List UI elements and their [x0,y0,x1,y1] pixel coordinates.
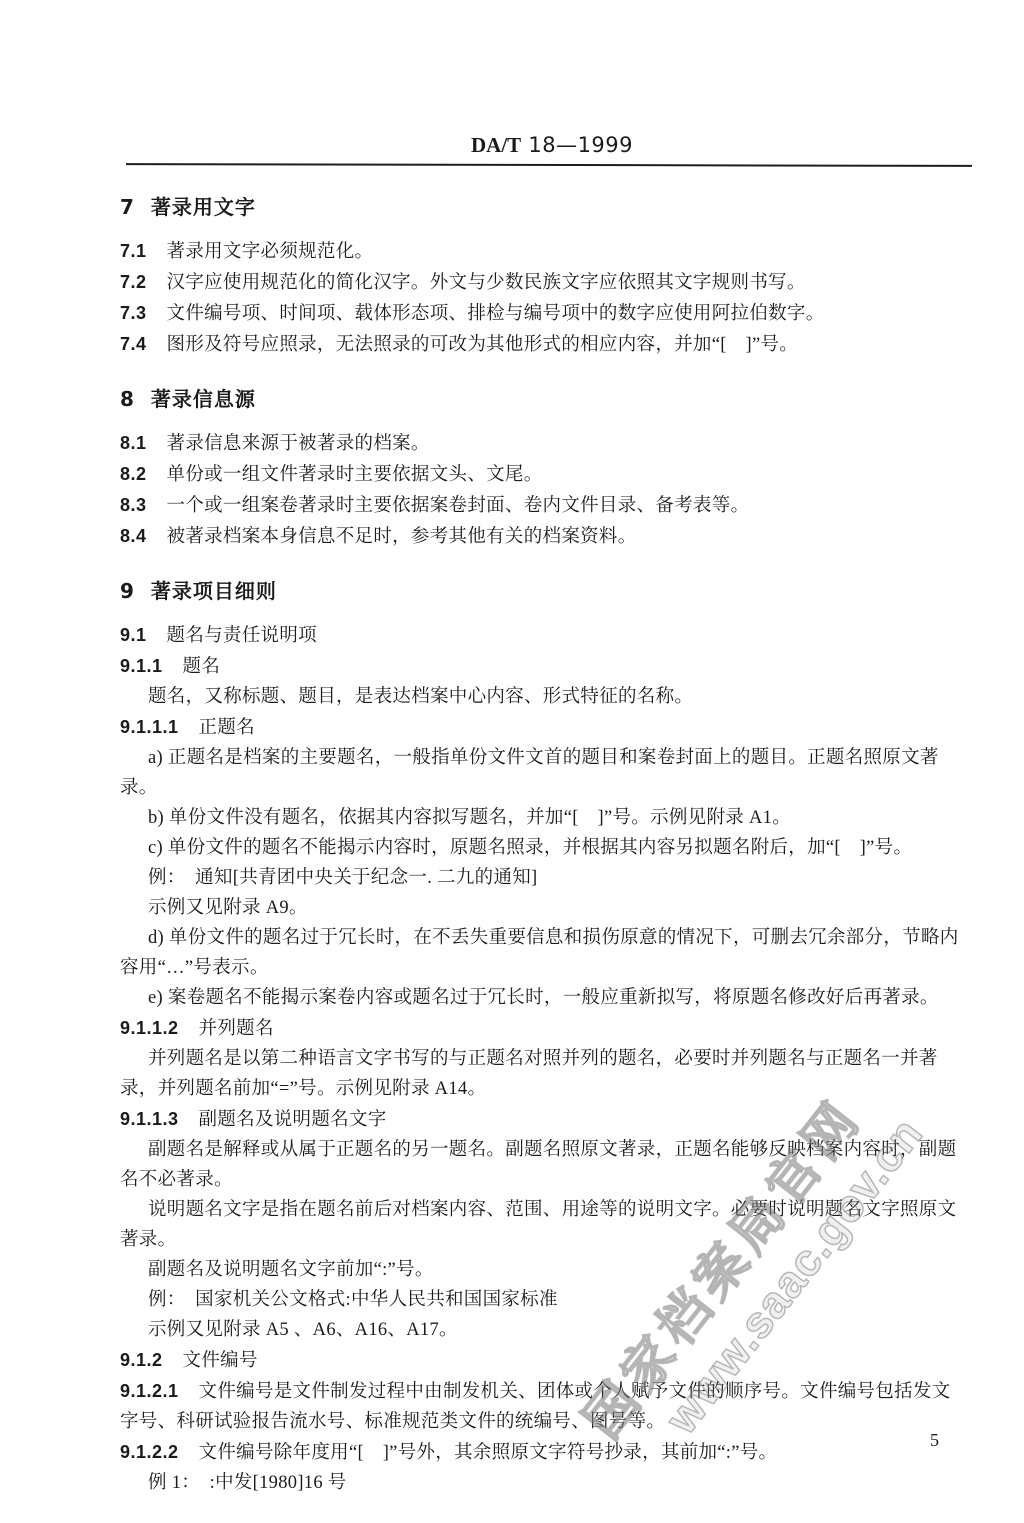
text-line: e) 案卷题名不能揭示案卷内容或题名过于冗长时，一般应重新拟写，将原题名修改好后… [120,983,960,1013]
line-text: 文件编号 [183,1351,258,1371]
clause-number: 8.1 [120,433,147,453]
document-page: DA/T 18—1999 7著录用文字7.1著录用文字必须规范化。7.2汉字应使… [0,0,1024,1523]
line-text: 字号、科研试验报告流水号、标准规范类文件的统编号、图号等。 [120,1412,665,1432]
clause-line: 9.1.1题名 [120,651,960,682]
section-heading: 8著录信息源 [120,384,960,414]
clause-number: 9.1.2.2 [120,1442,179,1462]
clause-line: 7.1著录用文字必须规范化。 [120,236,960,267]
text-line: 副题名是解释或从属于正题名的另一题名。副题名照原文著录，正题名能够反映档案内容时… [120,1135,960,1165]
line-text: 著录用文字 [151,195,256,219]
line-text: 著录。 [120,1230,176,1250]
page-number: 5 [930,1430,939,1451]
line-text: 录，并列题名前加“=”号。示例见附录 A14。 [120,1079,486,1099]
text-line: 说明题名文字是指在题名前后对档案内容、范围、用途等的说明文字。必要时说明题名文字… [120,1195,960,1225]
clause-line: 9.1.2.2文件编号除年度用“[ ]”号外，其余照原文字符号抄录，其前加“:”… [120,1437,960,1468]
line-text: 著录用文字必须规范化。 [167,242,374,262]
text-line: b) 单份文件没有题名，依据其内容拟写题名，并加“[ ]”号。示例见附录 A1。 [120,803,960,833]
line-text: 汉字应使用规范化的简化汉字。外文与少数民族文字应依照其文字规则书写。 [167,273,806,293]
clause-number: 9.1.1.2 [120,1018,179,1038]
clause-number: 8 [120,387,135,411]
text-line: 题名，又称标题、题目，是表达档案中心内容、形式特征的名称。 [120,682,960,712]
text-line: 例： 国家机关公文格式:中华人民共和国国家标准 [120,1285,960,1315]
line-text: 并列题名 [199,1019,274,1039]
clause-line: 9.1.2.1文件编号是文件制发过程中由制发机关、团体或个人赋予文件的顺序号。文… [120,1376,960,1407]
clause-number: 8.3 [120,495,147,515]
line-text: e) 案卷题名不能揭示案卷内容或题名过于冗长时，一般应重新拟写，将原题名修改好后… [148,988,939,1008]
clause-line: 9.1题名与责任说明项 [120,620,960,651]
line-text: 一个或一组案卷著录时主要依据案卷封面、卷内文件目录、备考表等。 [167,496,750,516]
clause-number: 9 [120,579,135,603]
line-text: 著录信息来源于被著录的档案。 [167,434,430,454]
clause-line: 8.1著录信息来源于被著录的档案。 [120,428,960,459]
header-rule [126,163,972,167]
line-text: 单份或一组文件著录时主要依据文头、文尾。 [167,465,543,485]
line-text: 说明题名文字是指在题名前后对档案内容、范围、用途等的说明文字。必要时说明题名文字… [148,1200,956,1220]
clause-number: 7.2 [120,272,147,292]
text-line: 示例又见附录 A5 、A6、A16、A17。 [120,1315,960,1345]
line-text: 著录项目细则 [151,579,277,603]
clause-number: 9.1.2 [120,1350,163,1370]
clause-number: 7 [120,195,135,219]
line-text: 文件编号是文件制发过程中由制发机关、团体或个人赋予文件的顺序号。文件编号包括发文 [199,1382,951,1402]
text-line: 并列题名是以第二种语言文字书写的与正题名对照并列的题名，必要时并列题名与正题名一… [120,1044,960,1074]
clause-line: 9.1.1.2并列题名 [120,1013,960,1044]
clause-number: 9.1.1 [120,656,163,676]
line-text: b) 单份文件没有题名，依据其内容拟写题名，并加“[ ]”号。示例见附录 A1。 [148,808,791,828]
clause-line: 7.3文件编号项、时间项、载体形态项、排检与编号项中的数字应使用阿拉伯数字。 [120,298,960,329]
line-text: 例： 国家机关公文格式:中华人民共和国国家标准 [148,1290,558,1310]
clause-line: 8.3一个或一组案卷著录时主要依据案卷封面、卷内文件目录、备考表等。 [120,490,960,521]
line-text: 副题名及说明题名文字前加“:”号。 [148,1260,434,1280]
line-text: 录。 [120,778,158,798]
section-heading: 7著录用文字 [120,192,960,222]
clause-line: 8.4被著录档案本身信息不足时，参考其他有关的档案资料。 [120,521,960,552]
line-text: c) 单份文件的题名不能揭示内容时，原题名照录，并根据其内容另拟题名附后，加“[… [148,838,912,858]
line-text: 副题名及说明题名文字 [199,1110,387,1130]
line-text: 著录信息源 [151,387,256,411]
line-text: 示例又见附录 A5 、A6、A16、A17。 [148,1320,458,1340]
text-line: 录。 [120,773,960,803]
clause-line: 9.1.1.1正题名 [120,712,960,743]
line-text: 并列题名是以第二种语言文字书写的与正题名对照并列的题名，必要时并列题名与正题名一… [148,1049,938,1069]
clause-number: 7.3 [120,303,147,323]
clause-line: 9.1.2文件编号 [120,1345,960,1376]
clause-number: 9.1 [120,625,147,645]
line-text: 文件编号项、时间项、载体形态项、排检与编号项中的数字应使用阿拉伯数字。 [167,304,825,324]
text-line: 录，并列题名前加“=”号。示例见附录 A14。 [120,1074,960,1104]
line-text: 图形及符号应照录，无法照录的可改为其他形式的相应内容，并加“[ ]”号。 [167,335,799,355]
text-line: 示例又见附录 A9。 [120,893,960,923]
standard-number: DA/T 18—1999 [40,132,1024,158]
line-text: 题名 [183,657,221,677]
section-heading: 9著录项目细则 [120,576,960,606]
document-body: 7著录用文字7.1著录用文字必须规范化。7.2汉字应使用规范化的简化汉字。外文与… [120,168,960,1498]
clause-number: 7.4 [120,334,147,354]
text-line: 例 1： :中发[1980]16 号 [120,1468,960,1498]
line-text: 示例又见附录 A9。 [148,898,308,918]
line-text: 例： 通知[共青团中央关于纪念一. 二九的通知] [148,868,538,888]
line-text: 容用“…”号表示。 [120,958,269,978]
text-line: 例： 通知[共青团中央关于纪念一. 二九的通知] [120,863,960,893]
line-text: 文件编号除年度用“[ ]”号外，其余照原文字符号抄录，其前加“:”号。 [199,1443,778,1463]
text-line: 副题名及说明题名文字前加“:”号。 [120,1255,960,1285]
clause-number: 9.1.1.3 [120,1109,179,1129]
standard-code-number: 18—1999 [521,133,633,157]
clause-number: 8.4 [120,526,147,546]
clause-number: 9.1.2.1 [120,1381,179,1401]
clause-line: 8.2单份或一组文件著录时主要依据文头、文尾。 [120,459,960,490]
line-text: d) 单份文件的题名过于冗长时，在不丢失重要信息和损伤原意的情况下，可删去冗余部… [148,928,959,948]
text-line: a) 正题名是档案的主要题名，一般指单份文件文首的题目和案卷封面上的题目。正题名… [120,743,960,773]
text-line: 名不必著录。 [120,1165,960,1195]
line-text: a) 正题名是档案的主要题名，一般指单份文件文首的题目和案卷封面上的题目。正题名… [148,748,939,768]
text-line: 著录。 [120,1225,960,1255]
line-text: 副题名是解释或从属于正题名的另一题名。副题名照原文著录，正题名能够反映档案内容时… [148,1140,956,1160]
clause-line: 7.2汉字应使用规范化的简化汉字。外文与少数民族文字应依照其文字规则书写。 [120,267,960,298]
line-text: 题名与责任说明项 [167,626,317,646]
clause-line: 7.4图形及符号应照录，无法照录的可改为其他形式的相应内容，并加“[ ]”号。 [120,329,960,360]
line-text: 正题名 [199,718,255,738]
clause-number: 8.2 [120,464,147,484]
clause-number: 7.1 [120,241,147,261]
clause-number: 9.1.1.1 [120,717,179,737]
text-line: 字号、科研试验报告流水号、标准规范类文件的统编号、图号等。 [120,1407,960,1437]
standard-code-prefix: DA/T [471,133,521,157]
line-text: 名不必著录。 [120,1170,233,1190]
line-text: 题名，又称标题、题目，是表达档案中心内容、形式特征的名称。 [148,687,693,707]
text-line: 容用“…”号表示。 [120,953,960,983]
line-text: 被著录档案本身信息不足时，参考其他有关的档案资料。 [167,527,637,547]
line-text: 例 1： :中发[1980]16 号 [148,1473,347,1493]
text-line: d) 单份文件的题名过于冗长时，在不丢失重要信息和损伤原意的情况下，可删去冗余部… [120,923,960,953]
text-line: c) 单份文件的题名不能揭示内容时，原题名照录，并根据其内容另拟题名附后，加“[… [120,833,960,863]
clause-line: 9.1.1.3副题名及说明题名文字 [120,1104,960,1135]
